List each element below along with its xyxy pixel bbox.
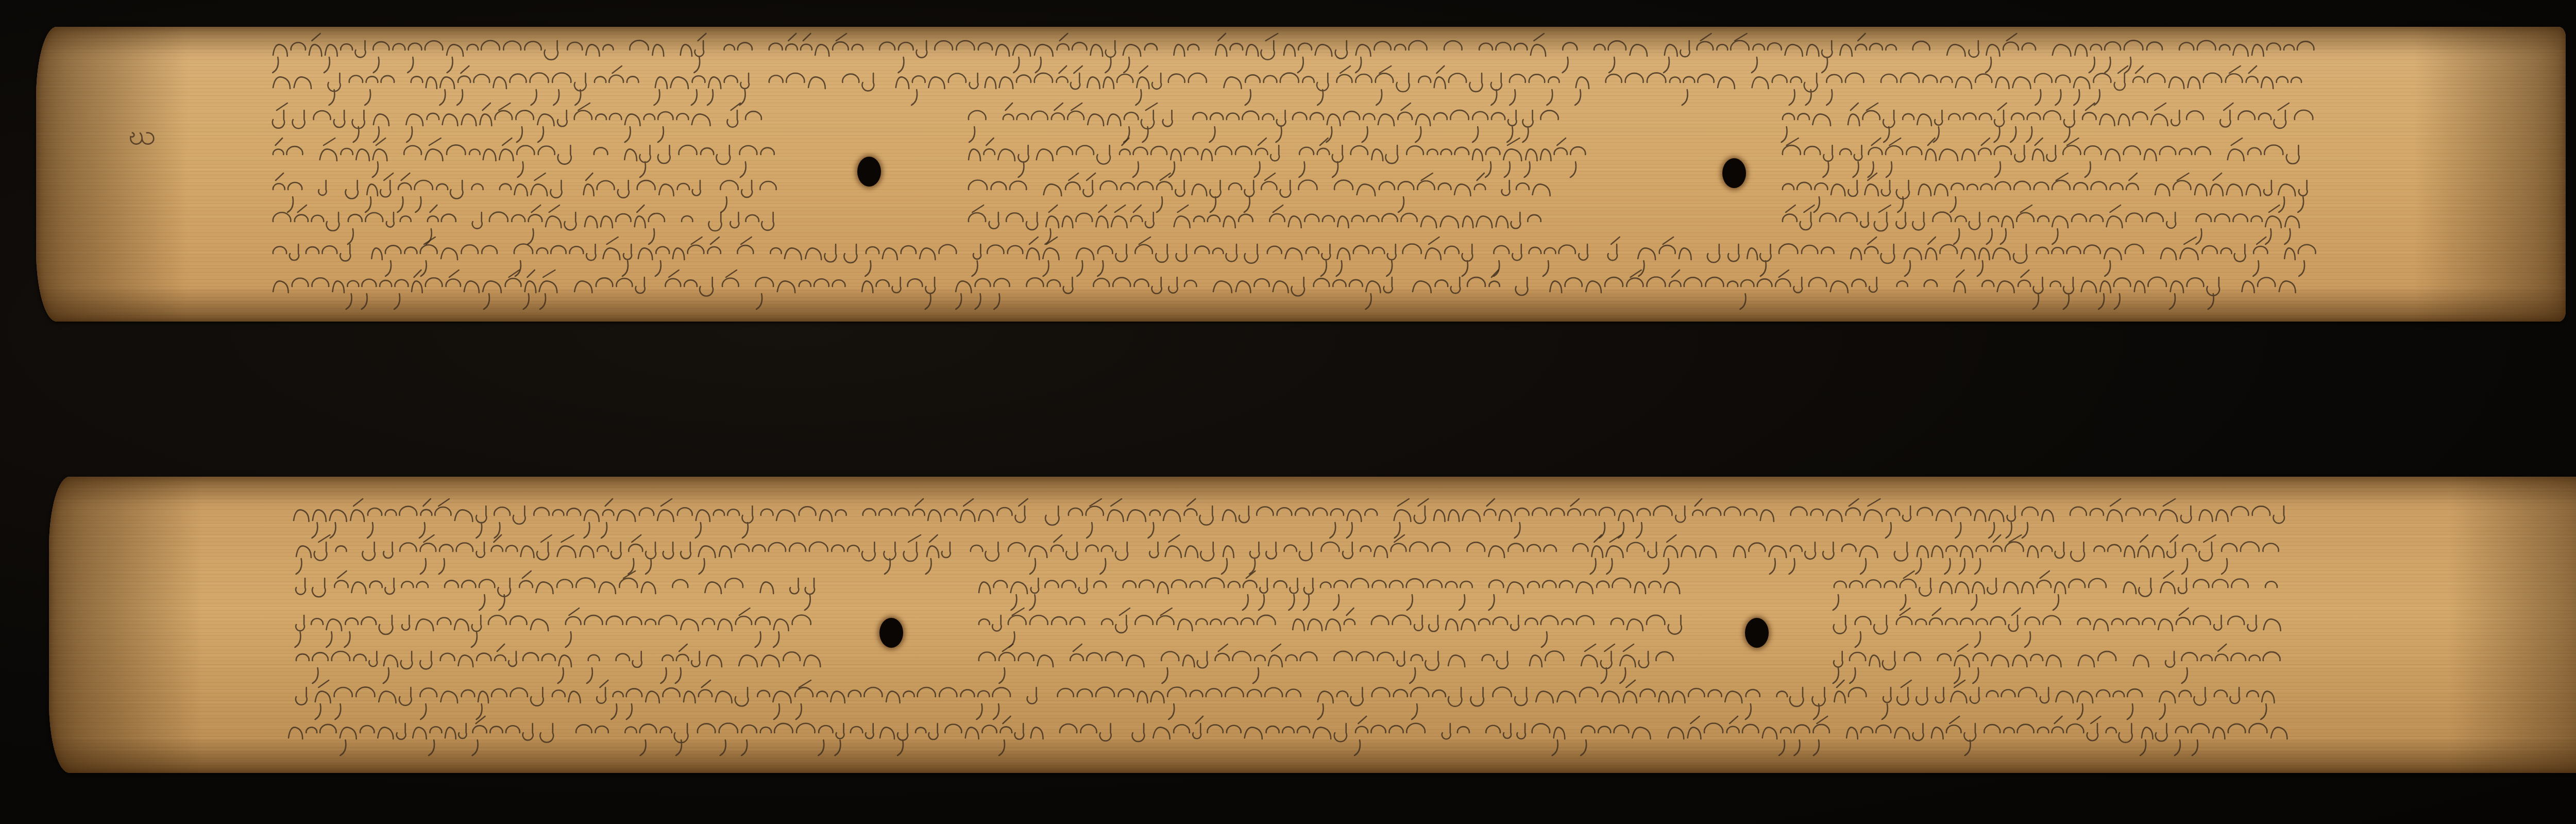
binding-hole: [1745, 618, 1769, 648]
script-line-segment: [969, 138, 1585, 177]
binding-hole: [1722, 158, 1746, 188]
handwritten-script-lines: [0, 0, 2576, 824]
script-line-segment: [296, 571, 815, 610]
binding-hole: [857, 157, 881, 187]
script-line-segment: [969, 103, 1558, 142]
script-line-segment: [1833, 571, 2277, 610]
script-line-segment: [979, 608, 1682, 647]
script-line-segment: [1834, 608, 2281, 647]
script-line-segment: [295, 608, 811, 647]
script-line-segment: [1783, 173, 2308, 212]
script-line-segment: [273, 237, 2316, 276]
script-line-segment: [273, 103, 761, 142]
script-line-segment: [296, 535, 2279, 574]
script-line-segment: [273, 173, 776, 212]
script-line-segment: [273, 205, 774, 244]
script-line-segment: [273, 33, 2314, 73]
script-line-segment: [289, 716, 2287, 755]
script-line-segment: [296, 680, 2274, 719]
script-line-segment: [273, 66, 2301, 105]
script-line-segment: [294, 499, 2284, 538]
script-line-segment: [273, 270, 2296, 309]
script-line-segment: [273, 138, 774, 177]
script-line-segment: [296, 644, 820, 683]
script-line-segment: [1833, 644, 2280, 683]
script-line-segment: [1783, 138, 2299, 177]
binding-hole: [879, 618, 903, 648]
script-line-segment: [1782, 103, 2313, 142]
script-line-segment: [979, 571, 1680, 610]
script-line-segment: [979, 644, 1673, 683]
script-line-segment: [1783, 205, 2299, 244]
